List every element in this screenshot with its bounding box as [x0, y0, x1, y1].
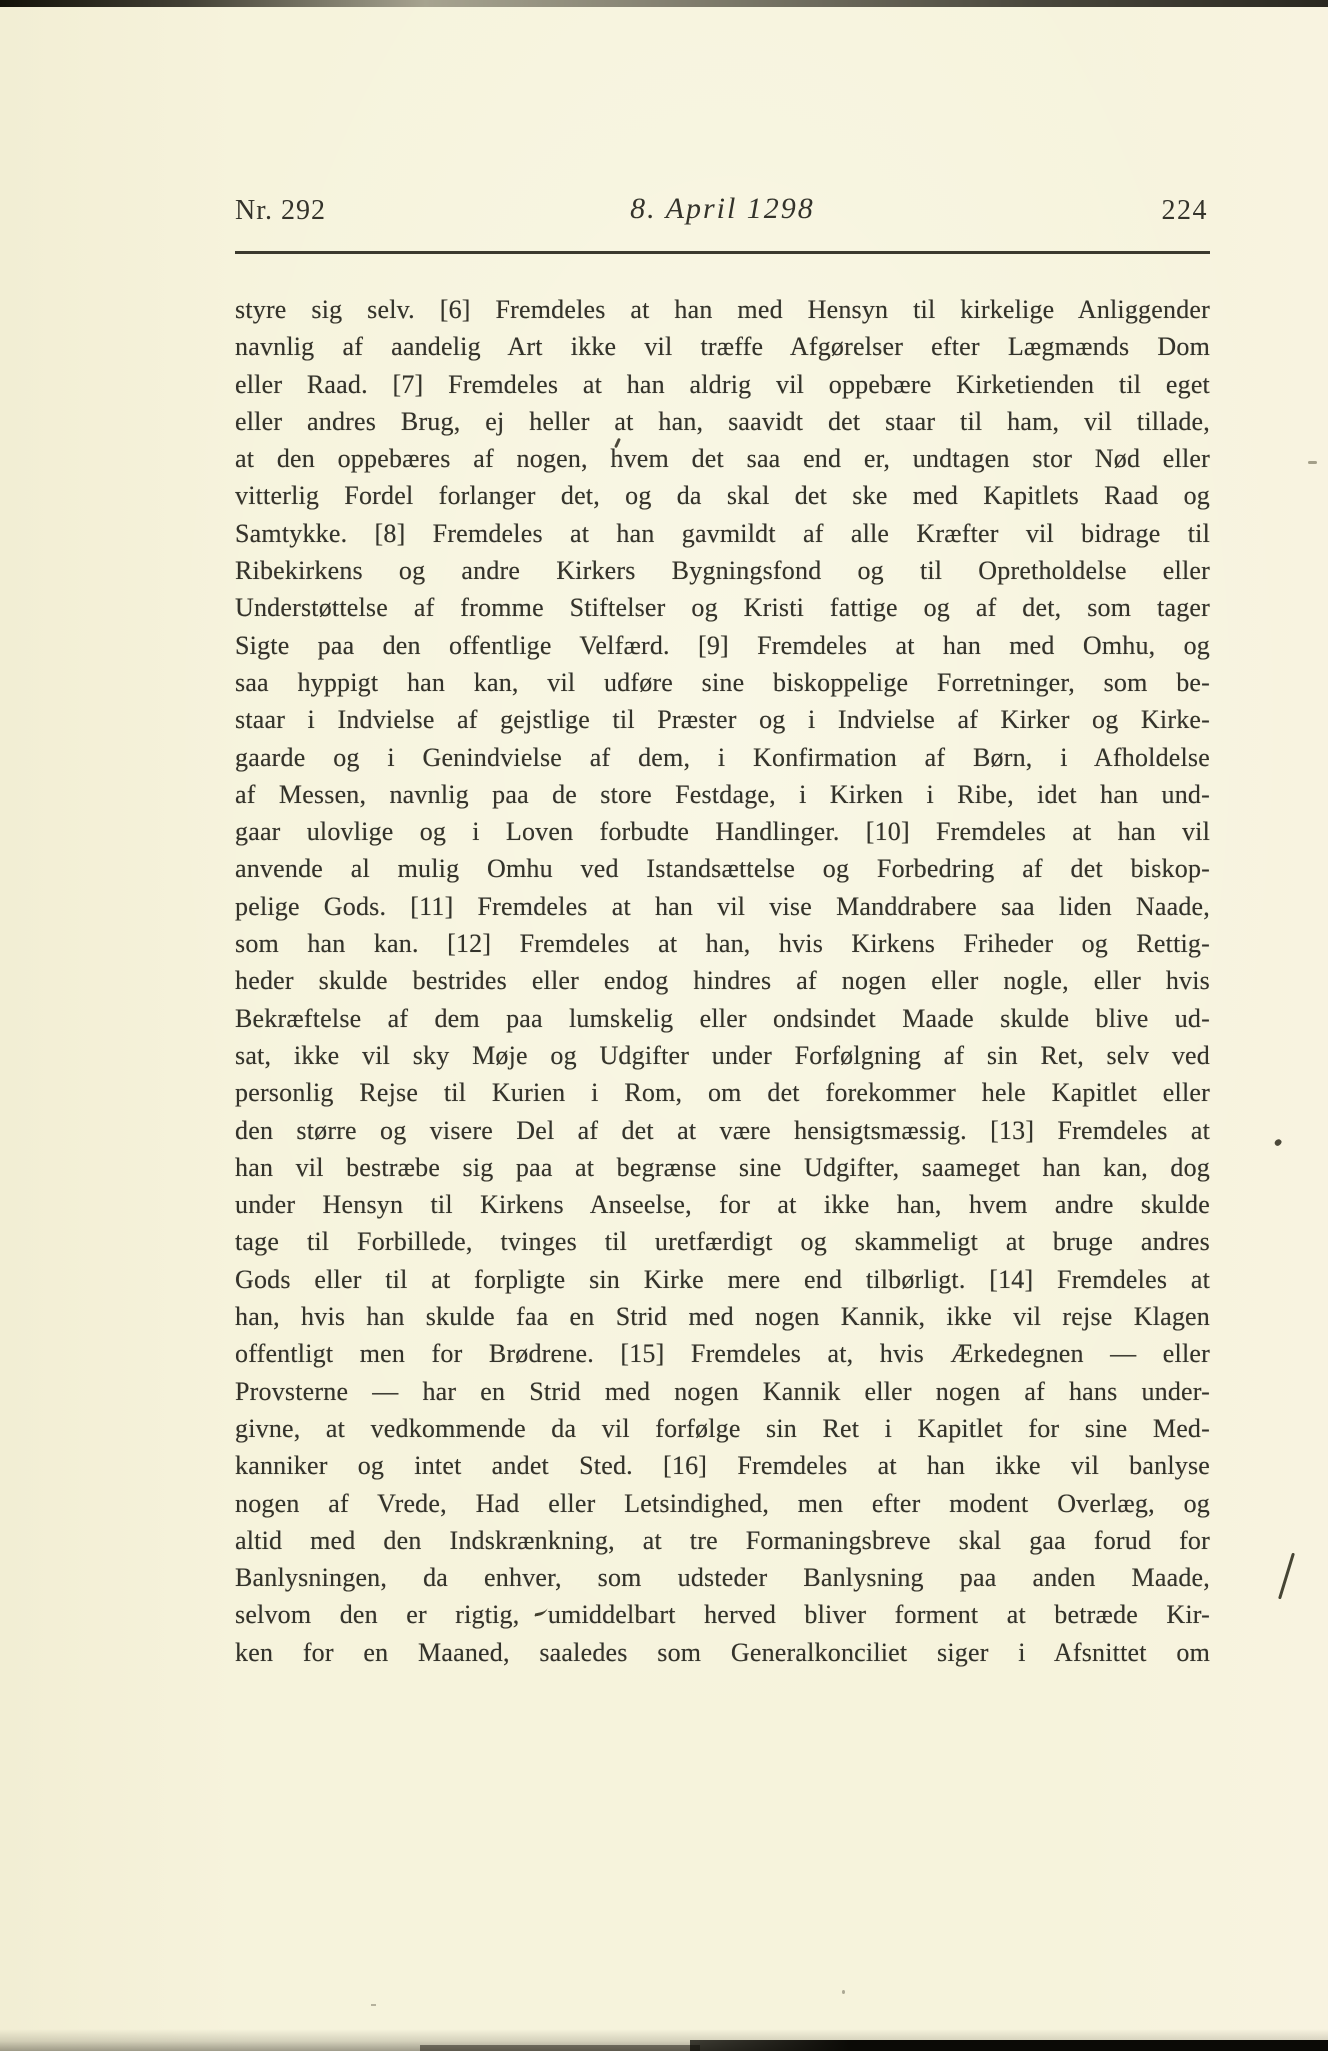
text-line: selvom den er rigtig, umiddelbart herved…: [235, 1596, 1210, 1633]
text-line: nogen af Vrede, Had eller Letsindighed, …: [235, 1485, 1210, 1522]
pen-slash-mark: [1278, 1553, 1295, 1600]
text-line: ken for en Maaned, saaledes som Generalk…: [235, 1634, 1210, 1671]
text-line: under Hensyn til Kirkens Anseelse, for a…: [235, 1186, 1210, 1223]
text-line: af Messen, navnlig paa de store Festdage…: [235, 776, 1210, 813]
text-line: den større og visere Del af det at være …: [235, 1112, 1210, 1149]
text-column: Nr. 292 8. April 1298 224 styre sig selv…: [235, 195, 1210, 1671]
text-line: kanniker og intet andet Sted. [16] Fremd…: [235, 1447, 1210, 1484]
text-line: altid med den Indskrænkning, at tre Form…: [235, 1522, 1210, 1559]
text-line: offentligt men for Brødrene. [15] Fremde…: [235, 1335, 1210, 1372]
text-line: eller Raad. [7] Fremdeles at han aldrig …: [235, 366, 1210, 403]
text-line: Gods eller til at forpligte sin Kirke me…: [235, 1261, 1210, 1298]
text-line: Banlysningen, da enhver, som udsteder Ba…: [235, 1559, 1210, 1596]
ink-fleck-right-edge: [1308, 461, 1317, 464]
text-line: vitterlig Fordel forlanger det, og da sk…: [235, 477, 1210, 514]
text-line: Sigte paa den offentlige Velfærd. [9] Fr…: [235, 627, 1210, 664]
text-line: navnlig af aandelig Art ikke vil træffe …: [235, 328, 1210, 365]
ink-speck-bottom-mid: [842, 1990, 845, 1994]
text-line: Provsterne — har en Strid med nogen Kann…: [235, 1373, 1210, 1410]
text-line: saa hyppigt han kan, vil udføre sine bis…: [235, 664, 1210, 701]
ink-speck-bottom-left: [371, 2004, 376, 2006]
text-line: Bekræftelse af dem paa lumskelig eller o…: [235, 1000, 1210, 1037]
text-line: sat, ikke vil sky Møje og Udgifter under…: [235, 1037, 1210, 1074]
text-line: anvende al mulig Omhu ved Istandsættelse…: [235, 850, 1210, 887]
text-line: Samtykke. [8] Fremdeles at han gavmildt …: [235, 515, 1210, 552]
text-line: tage til Forbillede, tvinges til uretfær…: [235, 1223, 1210, 1260]
text-line: eller andres Brug, ej heller at han, saa…: [235, 403, 1210, 440]
ink-speck-right: [1273, 1138, 1282, 1147]
text-line: gaarde og i Genindvielse af dem, i Konfi…: [235, 739, 1210, 776]
text-line: han, hvis han skulde faa en Strid med no…: [235, 1298, 1210, 1335]
document-date: 8. April 1298: [235, 193, 1210, 225]
text-line: han vil bestræbe sig paa at begrænse sin…: [235, 1149, 1210, 1186]
text-line: givne, at vedkommende da vil forfølge si…: [235, 1410, 1210, 1447]
text-line: styre sig selv. [6] Fremdeles at han med…: [235, 291, 1210, 328]
text-line: Understøttelse af fromme Stiftelser og K…: [235, 589, 1210, 626]
text-line: heder skulde bestrides eller endog hindr…: [235, 962, 1210, 999]
page-header: Nr. 292 8. April 1298 224: [235, 195, 1210, 229]
body-text: styre sig selv. [6] Fremdeles at han med…: [235, 291, 1210, 1671]
text-line: gaar ulovlige og i Loven forbudte Handli…: [235, 813, 1210, 850]
text-line: at den oppebæres af nogen, hvem det saa …: [235, 440, 1210, 477]
text-line: personlig Rejse til Kurien i Rom, om det…: [235, 1074, 1210, 1111]
text-line: pelige Gods. [11] Fremdeles at han vil v…: [235, 888, 1210, 925]
scan-bottom-edge-black-bar: [690, 2040, 1328, 2051]
text-line: Ribekirkens og andre Kirkers Bygningsfon…: [235, 552, 1210, 589]
scanned-book-page: Nr. 292 8. April 1298 224 styre sig selv…: [0, 0, 1328, 2051]
page-number: 224: [1162, 195, 1209, 227]
text-line: som han kan. [12] Fremdeles at han, hvis…: [235, 925, 1210, 962]
scan-top-edge-shadow: [0, 0, 1328, 7]
header-rule: [235, 251, 1210, 254]
scan-bottom-edge-dark-left: [420, 2045, 700, 2051]
text-line: staar i Indvielse af gejstlige til Præst…: [235, 701, 1210, 738]
